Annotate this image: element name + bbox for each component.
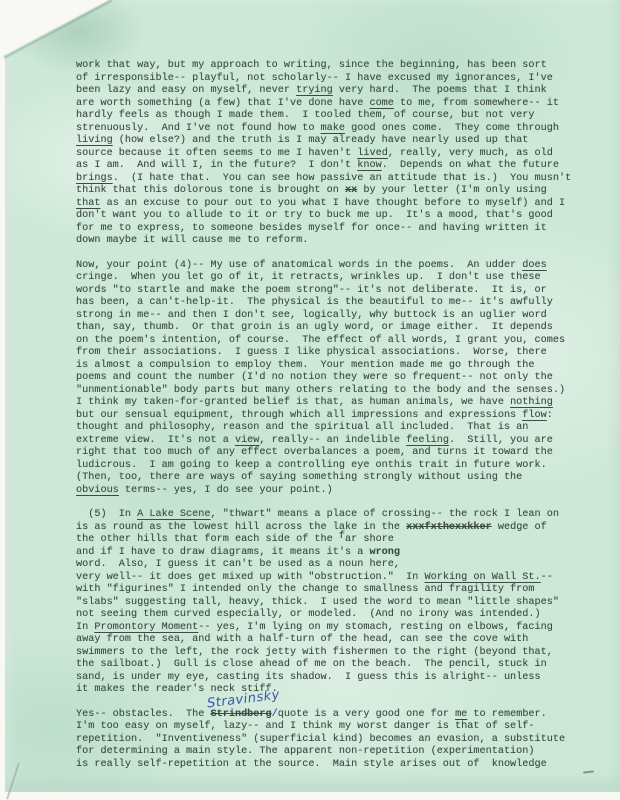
text-line: as I am. And will I, in the future? I do… [76,160,586,173]
underlined-word: A Lake Scene [137,509,210,520]
text-line: poems and count the number (I'd no notio… [76,372,586,385]
underlined-word: flow [522,410,546,421]
underlined-word: feeling [406,435,449,446]
underlined-word: that [76,198,100,209]
text-line: on the poem's intention, of course. The … [76,335,586,348]
scanned-letter-screenshot: { "document": { "kind": "typewritten let… [0,0,620,800]
text-segment: very well-- it does get mixed up with "o… [76,572,424,583]
text-segment: away from the sea, and with a half-turn … [76,634,528,645]
text-segment: (Then, too, there are ways of saying som… [76,472,522,483]
text-segment: cringe. When you let go of it, it retrac… [76,272,541,283]
underlined-word: nothing [510,397,553,408]
text-line: words "to startle and make the poem stro… [76,285,586,298]
text-segment: strong in me-- and then I don't see, log… [76,310,547,321]
text-segment: as I am. And will I, in the future? I do… [76,160,357,171]
text-segment: the sailboat.) Gull is close ahead of me… [76,659,547,670]
text-line: are worth something (a few) that I've do… [76,98,586,111]
paragraph-3: (5) In A Lake Scene, "thwart" means a pl… [76,509,586,697]
text-line: is as round as the lowest hill across th… [76,522,586,535]
text-segment: has been, a can't-help-it. The physical … [76,297,553,308]
text-segment: Yes-- obstacles. The [76,709,211,720]
text-segment: are worth something (a few) that I've do… [76,98,369,109]
struck-word: xx [345,185,357,196]
text-line: work that way, but my approach to writin… [76,60,586,73]
paragraph-1: work that way, but my approach to writin… [76,60,586,248]
text-line: strong in me-- and then I don't see, log… [76,310,586,323]
text-segment: source because it often seems to me I ha… [76,148,357,159]
text-segment: swimmers to the left, the rock jetty wit… [76,647,553,658]
underlined-word: does [522,260,546,271]
text-line: (Then, too, there are ways of saying som… [76,472,586,485]
text-segment: think that this dolorous tone is brought… [76,185,345,196]
text-line: brings. (I hate that. You can see how pa… [76,173,586,186]
text-line: has been, a can't-help-it. The physical … [76,297,586,310]
text-line: is almost a compulsion to employ them. Y… [76,360,586,373]
text-segment: (how else?) and the truth is I may alrea… [113,135,529,146]
underlined-word: living [76,135,113,146]
text-segment: words "to startle and make the poem stro… [76,285,547,296]
text-segment: from their associations. I guess I like … [76,347,547,358]
text-line: living (how else?) and the truth is I ma… [76,135,586,148]
text-line: swimmers to the left, the rock jetty wit… [76,647,586,660]
underlined-word: come [369,98,393,109]
text-segment: -- [541,572,553,583]
text-segment: poems and count the number (I'd no notio… [76,372,553,383]
text-segment: I'm too easy on myself, lazy-- and I thi… [76,721,535,732]
text-line: from their associations. I guess I like … [76,347,586,360]
text-segment: right that too much of any effect overba… [76,447,553,458]
text-segment: wrong [369,547,400,558]
text-line: "slabs" suggesting tall, heavy, thick. I… [76,597,586,610]
text-segment: work that way, but my approach to writin… [76,60,547,71]
letter-text: work that way, but my approach to writin… [76,60,586,771]
text-line: I'm too easy on myself, lazy-- and I thi… [76,721,586,734]
text-line: not seeing them curved especially, or mo… [76,609,586,622]
text-line: for me to express, to someone besides my… [76,223,586,236]
text-segment: , "thwart" means a place of crossing-- t… [211,509,559,520]
text-line: think that this dolorous tone is brought… [76,185,586,198]
text-segment: but our sensual equipment, through which… [76,410,522,421]
text-segment: , really, very much, as old [388,148,553,159]
text-segment: of irresponsible-- playful, not scholarl… [76,73,553,84]
text-line: don't want you to allude to it or try to… [76,210,586,223]
text-line: and if I have to draw diagrams, it means… [76,547,586,560]
text-line: source because it often seems to me I ha… [76,148,586,161]
corrected-word: StrindbergStravinsky [211,709,272,722]
text-line: down maybe it will cause me to reform. [76,235,586,248]
text-line: obvious terms-- yes, I do see your point… [76,485,586,498]
text-line: right that too much of any effect overba… [76,447,586,460]
underlined-word: me [455,709,467,720]
text-line: thought and philosophy, reason and the s… [76,422,586,435]
text-line: cringe. When you let go of it, it retrac… [76,272,586,285]
text-segment: quote is a very good one for [278,709,455,720]
text-line: "unmentionable" body parts but many othe… [76,385,586,398]
struck-word: xxxfxthexxkker [406,522,492,533]
underlined-word: know [357,160,381,171]
text-line: Yes-- obstacles. The StrindbergStravinsk… [76,709,586,722]
text-segment: (5) In [76,509,137,520]
text-segment: and if I have to draw diagrams, it means… [76,547,369,558]
text-segment: strenuously. And I've not found how to [76,123,321,134]
text-line: with "figurines" I intended only the cha… [76,584,586,597]
text-line: than, say, thumb. Or that groin is an ug… [76,322,586,335]
text-line: is really self-repetition at the source.… [76,759,586,772]
text-segment: is almost a compulsion to employ them. Y… [76,360,535,371]
underlined-word: Promontory Moment [94,622,198,633]
paragraph-2: Now, your point (4)-- My use of anatomic… [76,260,586,498]
underlined-word: obvious [76,485,119,496]
text-segment: I think my taken-for-granted belief is t… [76,397,510,408]
text-segment: is as round as the lowest hill across th… [76,522,406,533]
text-segment: than, say, thumb. Or that groin is an ug… [76,322,553,333]
text-line: it makes the reader's neck stiff. [76,684,586,697]
text-segment: is really self-repetition at the source.… [76,759,547,770]
underlined-word: Working on Wall St. [424,572,540,583]
text-segment: repetition. "Inventiveness" (superficial… [76,734,565,745]
underlined-word: view [235,435,259,446]
underlined-word: lived [357,148,388,159]
text-segment: . (I hate that. You can see how passive … [113,173,572,184]
text-segment: down maybe it will cause me to reform. [76,235,308,246]
text-segment: been lazy and easy on myself, never [76,85,296,96]
underlined-word: make [321,123,345,134]
text-segment: sand, is under my eye, casting its shado… [76,672,541,683]
text-segment: "slabs" suggesting tall, heavy, thick. I… [76,597,559,608]
text-segment: for determining a main style. The appare… [76,746,535,757]
text-segment: ludicrous. I am going to keep a controll… [76,460,547,471]
struck-word: Strindberg [211,709,272,720]
text-segment: by your letter (I'm only using [357,185,547,196]
text-line: ludicrous. I am going to keep a controll… [76,460,586,473]
text-segment: wedge of [492,522,547,533]
text-line: the other hills that form each side of t… [76,534,586,547]
text-line: that as an excuse to pour out to you wha… [76,198,586,211]
underlined-word: trying [296,85,333,96]
text-segment: . Depends on what the future [382,160,559,171]
text-segment: as an excuse to pour out to you what I h… [100,198,565,209]
text-segment: , really-- an indelible [259,435,406,446]
text-line: been lazy and easy on myself, never tryi… [76,85,586,98]
text-segment: to me, from somewhere-- it [394,98,559,109]
text-line: strenuously. And I've not found how to m… [76,123,586,136]
text-segment: : [547,410,553,421]
text-segment: -- yes, I'm lying on my stomach, resting… [198,622,553,633]
text-line: word. Also, I guess it can't be used as … [76,559,586,572]
text-line: away from the sea, and with a half-turn … [76,634,586,647]
text-segment: terms-- yes, I do see your point.) [119,485,333,496]
text-segment: hardly feels as though I made them. I to… [76,110,535,121]
text-line: sand, is under my eye, casting its shado… [76,672,586,685]
text-segment: for me to express, to someone besides my… [76,223,547,234]
text-line: repetition. "Inventiveness" (superficial… [76,734,586,747]
text-segment: good ones come. They come through [345,123,559,134]
text-line: very well-- it does get mixed up with "o… [76,572,586,585]
text-line: extreme view. It's not a view, really-- … [76,435,586,448]
text-segment: very hard. The poems that I think [333,85,547,96]
text-segment: ar shore [345,534,394,545]
text-line: hardly feels as though I made them. I to… [76,110,586,123]
paragraph-4: Yes-- obstacles. The StrindbergStravinsk… [76,709,586,772]
underlined-word: brings [76,173,113,184]
text-segment: with "figurines" I intended only the cha… [76,584,535,595]
text-line: for determining a main style. The appare… [76,746,586,759]
text-line: In Promontory Moment-- yes, I'm lying on… [76,622,586,635]
text-segment: to remember. [467,709,546,720]
text-line: of irresponsible-- playful, not scholarl… [76,73,586,86]
text-segment: don't want you to allude to it or try to… [76,210,553,221]
text-line: but our sensual equipment, through which… [76,410,586,423]
text-segment: not seeing them curved especially, or mo… [76,609,541,620]
text-segment: Now, your point (4)-- My use of anatomic… [76,260,522,271]
text-segment: . Still, you are [449,435,553,446]
text-line: I think my taken-for-granted belief is t… [76,397,586,410]
text-line: Now, your point (4)-- My use of anatomic… [76,260,586,273]
text-segment: word. Also, I guess it can't be used as … [76,559,400,570]
text-segment: the other hills that form each side of t… [76,534,339,545]
text-line: (5) In A Lake Scene, "thwart" means a pl… [76,509,586,522]
text-line: the sailboat.) Gull is close ahead of me… [76,659,586,672]
text-segment: f [339,531,345,542]
text-segment: In [76,622,94,633]
text-segment: thought and philosophy, reason and the s… [76,422,528,433]
text-segment: "unmentionable" body parts but many othe… [76,385,565,396]
text-segment: on the poem's intention, of course. The … [76,335,565,346]
text-segment: extreme view. It's not a [76,435,235,446]
